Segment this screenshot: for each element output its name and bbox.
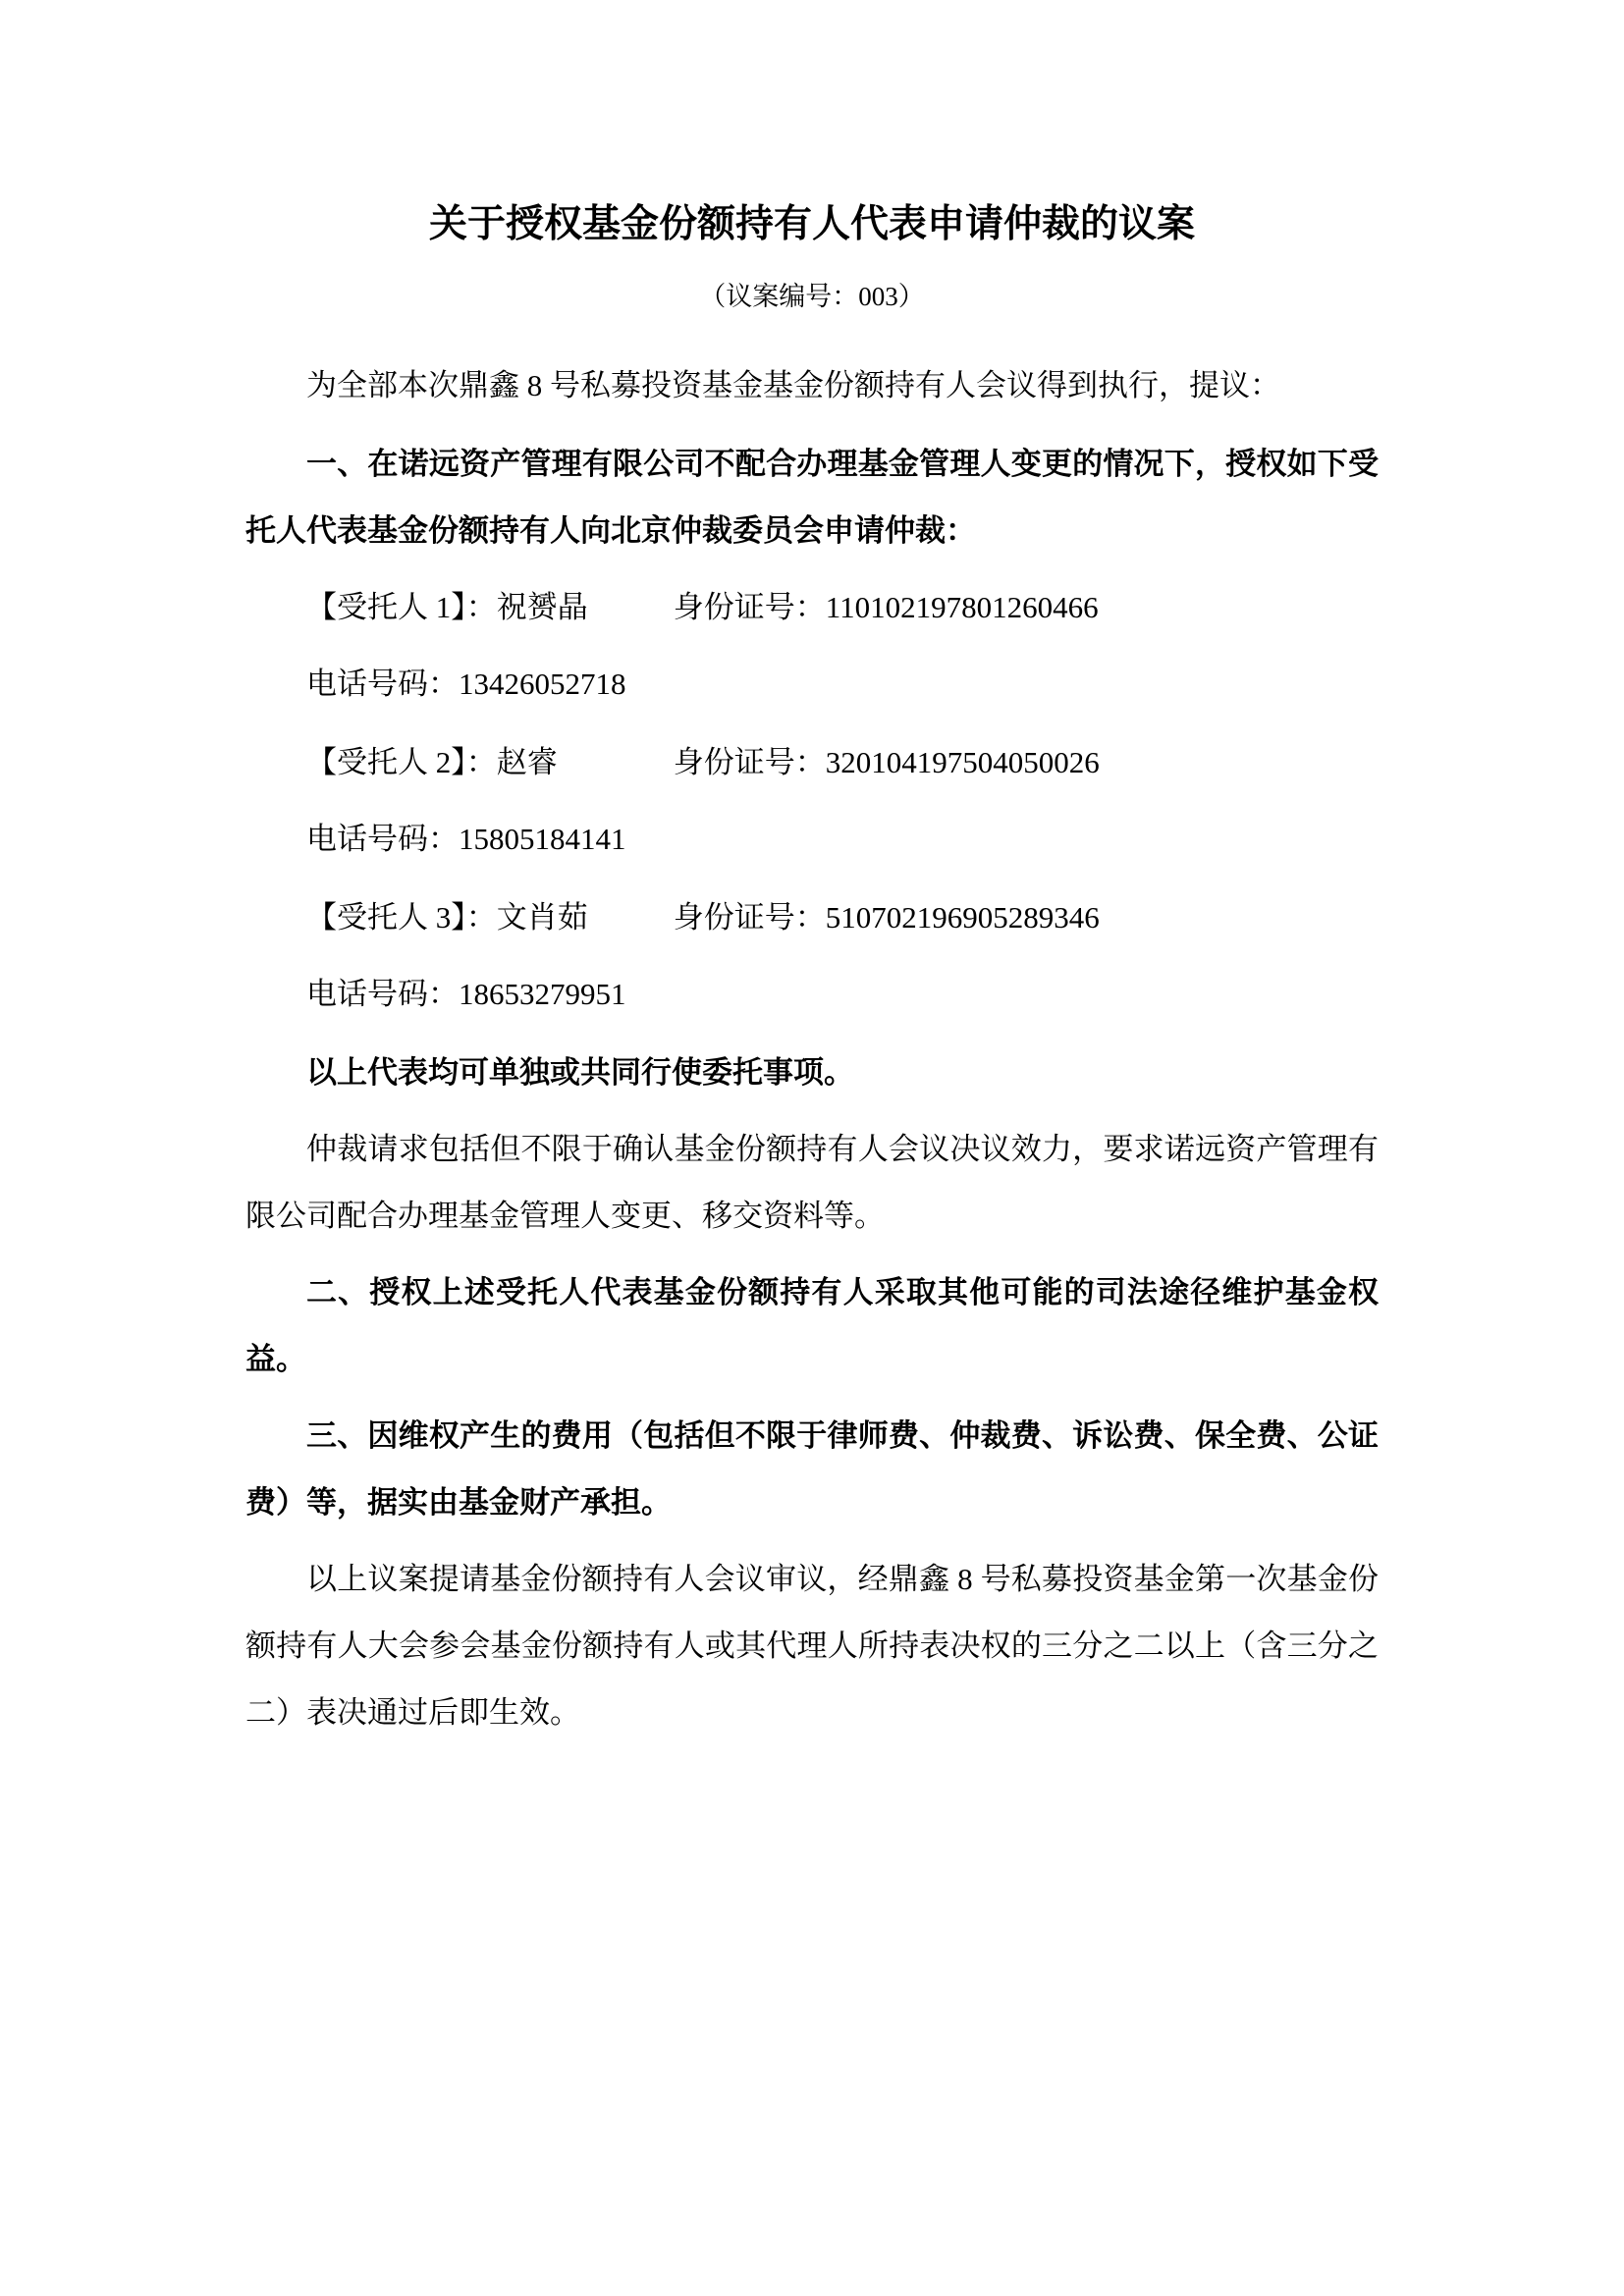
trustee-2-phone-label: 电话号码： bbox=[306, 822, 459, 856]
document-number: （议案编号：003） bbox=[245, 280, 1379, 313]
trustee-1-phone-label: 电话号码： bbox=[306, 667, 459, 701]
trustee-3-id-label: 身份证号： bbox=[674, 900, 826, 934]
trustee-2-name: 赵睿 bbox=[497, 729, 674, 796]
trustee-1-name: 祝赟晶 bbox=[497, 574, 674, 641]
closing-paragraph: 以上议案提请基金份额持有人会议审议，经鼎鑫 8 号私募投资基金第一次基金份额持有… bbox=[245, 1546, 1379, 1746]
section-three-heading: 三、因维权产生的费用（包括但不限于律师费、仲裁费、诉讼费、保全费、公证费）等，据… bbox=[245, 1403, 1379, 1536]
trustee-2-id-number: 320104197504050026 bbox=[826, 745, 1100, 779]
trustee-3-phone-number: 18653279951 bbox=[459, 977, 626, 1011]
trustee-entry-2: 【受托人 2】：赵睿身份证号：320104197504050026 bbox=[245, 729, 1379, 796]
trustee-3-label: 【受托人 3】： bbox=[306, 900, 497, 934]
trustee-phone-line-2: 电话号码：15805184141 bbox=[245, 806, 1379, 873]
trustee-entry-1: 【受托人 1】：祝赟晶身份证号：110102197801260466 bbox=[245, 574, 1379, 641]
trustee-2-id-label: 身份证号： bbox=[674, 745, 826, 779]
trustee-entry-3: 【受托人 3】：文肖茹身份证号：510702196905289346 bbox=[245, 884, 1379, 951]
trustee-2-label: 【受托人 2】： bbox=[306, 745, 497, 779]
trustee-3-phone-label: 电话号码： bbox=[306, 977, 459, 1011]
intro-paragraph: 为全部本次鼎鑫 8 号私募投资基金基金份额持有人会议得到执行，提议： bbox=[245, 352, 1379, 419]
document-page: 关于授权基金份额持有人代表申请仲裁的议案 （议案编号：003） 为全部本次鼎鑫 … bbox=[0, 0, 1624, 2296]
document-title: 关于授权基金份额持有人代表申请仲裁的议案 bbox=[245, 201, 1379, 248]
trustee-1-phone-number: 13426052718 bbox=[459, 667, 626, 701]
representatives-statement: 以上代表均可单独或共同行使委托事项。 bbox=[245, 1040, 1379, 1106]
trustee-3-name: 文肖茹 bbox=[497, 884, 674, 951]
trustee-phone-line-1: 电话号码：13426052718 bbox=[245, 651, 1379, 718]
section-two-heading: 二、授权上述受托人代表基金份额持有人采取其他可能的司法途径维护基金权益。 bbox=[245, 1259, 1379, 1393]
trustee-2-phone-number: 15805184141 bbox=[459, 822, 626, 856]
trustee-1-id-label: 身份证号： bbox=[674, 590, 826, 624]
arbitration-scope-paragraph: 仲裁请求包括但不限于确认基金份额持有人会议决议效力，要求诺远资产管理有限公司配合… bbox=[245, 1116, 1379, 1250]
trustee-phone-line-3: 电话号码：18653279951 bbox=[245, 961, 1379, 1028]
trustee-3-id-number: 510702196905289346 bbox=[826, 900, 1100, 934]
section-one-heading: 一、在诺远资产管理有限公司不配合办理基金管理人变更的情况下，授权如下受托人代表基… bbox=[245, 431, 1379, 564]
trustee-1-label: 【受托人 1】： bbox=[306, 590, 497, 624]
trustee-1-id-number: 110102197801260466 bbox=[826, 590, 1099, 624]
